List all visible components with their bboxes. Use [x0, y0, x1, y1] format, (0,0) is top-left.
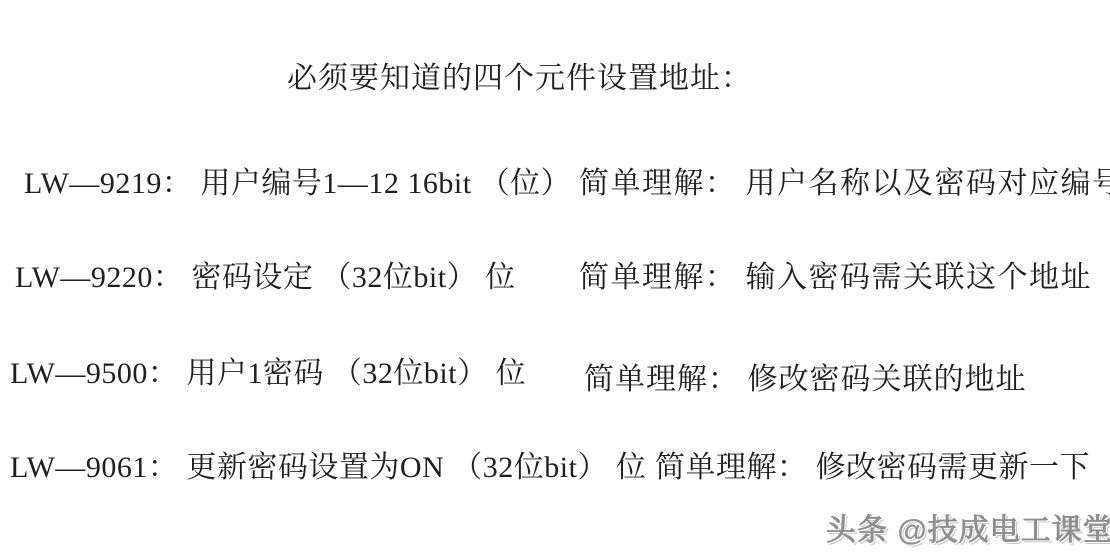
- address-row-lw9500: LW—9500： 用户1密码 （32位bit） 位 简单理解： 修改密码关联的地…: [0, 348, 1110, 388]
- address-row-lw9061: LW—9061： 更新密码设置为ON （32位bit） 位 简单理解： 修改密码…: [0, 442, 1110, 482]
- address-row-lw9220: LW—9220： 密码设定 （32位bit） 位 简单理解： 输入密码需关联这个…: [0, 252, 1110, 292]
- toutiao-watermark: 头条 @技成电工课堂: [826, 505, 1110, 549]
- address-note-lw9219: 简单理解： 用户名称以及密码对应编号: [579, 158, 1110, 202]
- address-note-lw9061: 简单理解： 修改密码需更新一下: [655, 442, 1090, 486]
- address-note-lw9220: 简单理解： 输入密码需关联这个地址: [579, 252, 1092, 296]
- address-row-lw9219: LW—9219： 用户编号1—12 16bit （位） 简单理解： 用户名称以及…: [0, 158, 1110, 198]
- document-page: 必须要知道的四个元件设置地址： LW—9219： 用户编号1—12 16bit …: [0, 0, 1110, 554]
- address-label-lw9500: LW—9500： 用户1密码 （32位bit） 位: [10, 348, 526, 392]
- address-label-lw9220: LW—9220： 密码设定 （32位bit） 位: [15, 252, 516, 296]
- address-label-lw9061: LW—9061： 更新密码设置为ON （32位bit） 位: [10, 442, 646, 486]
- address-label-lw9219: LW—9219： 用户编号1—12 16bit （位）: [24, 158, 571, 202]
- address-note-lw9500: 简单理解： 修改密码关联的地址: [584, 354, 1027, 398]
- page-title: 必须要知道的四个元件设置地址：: [287, 53, 752, 97]
